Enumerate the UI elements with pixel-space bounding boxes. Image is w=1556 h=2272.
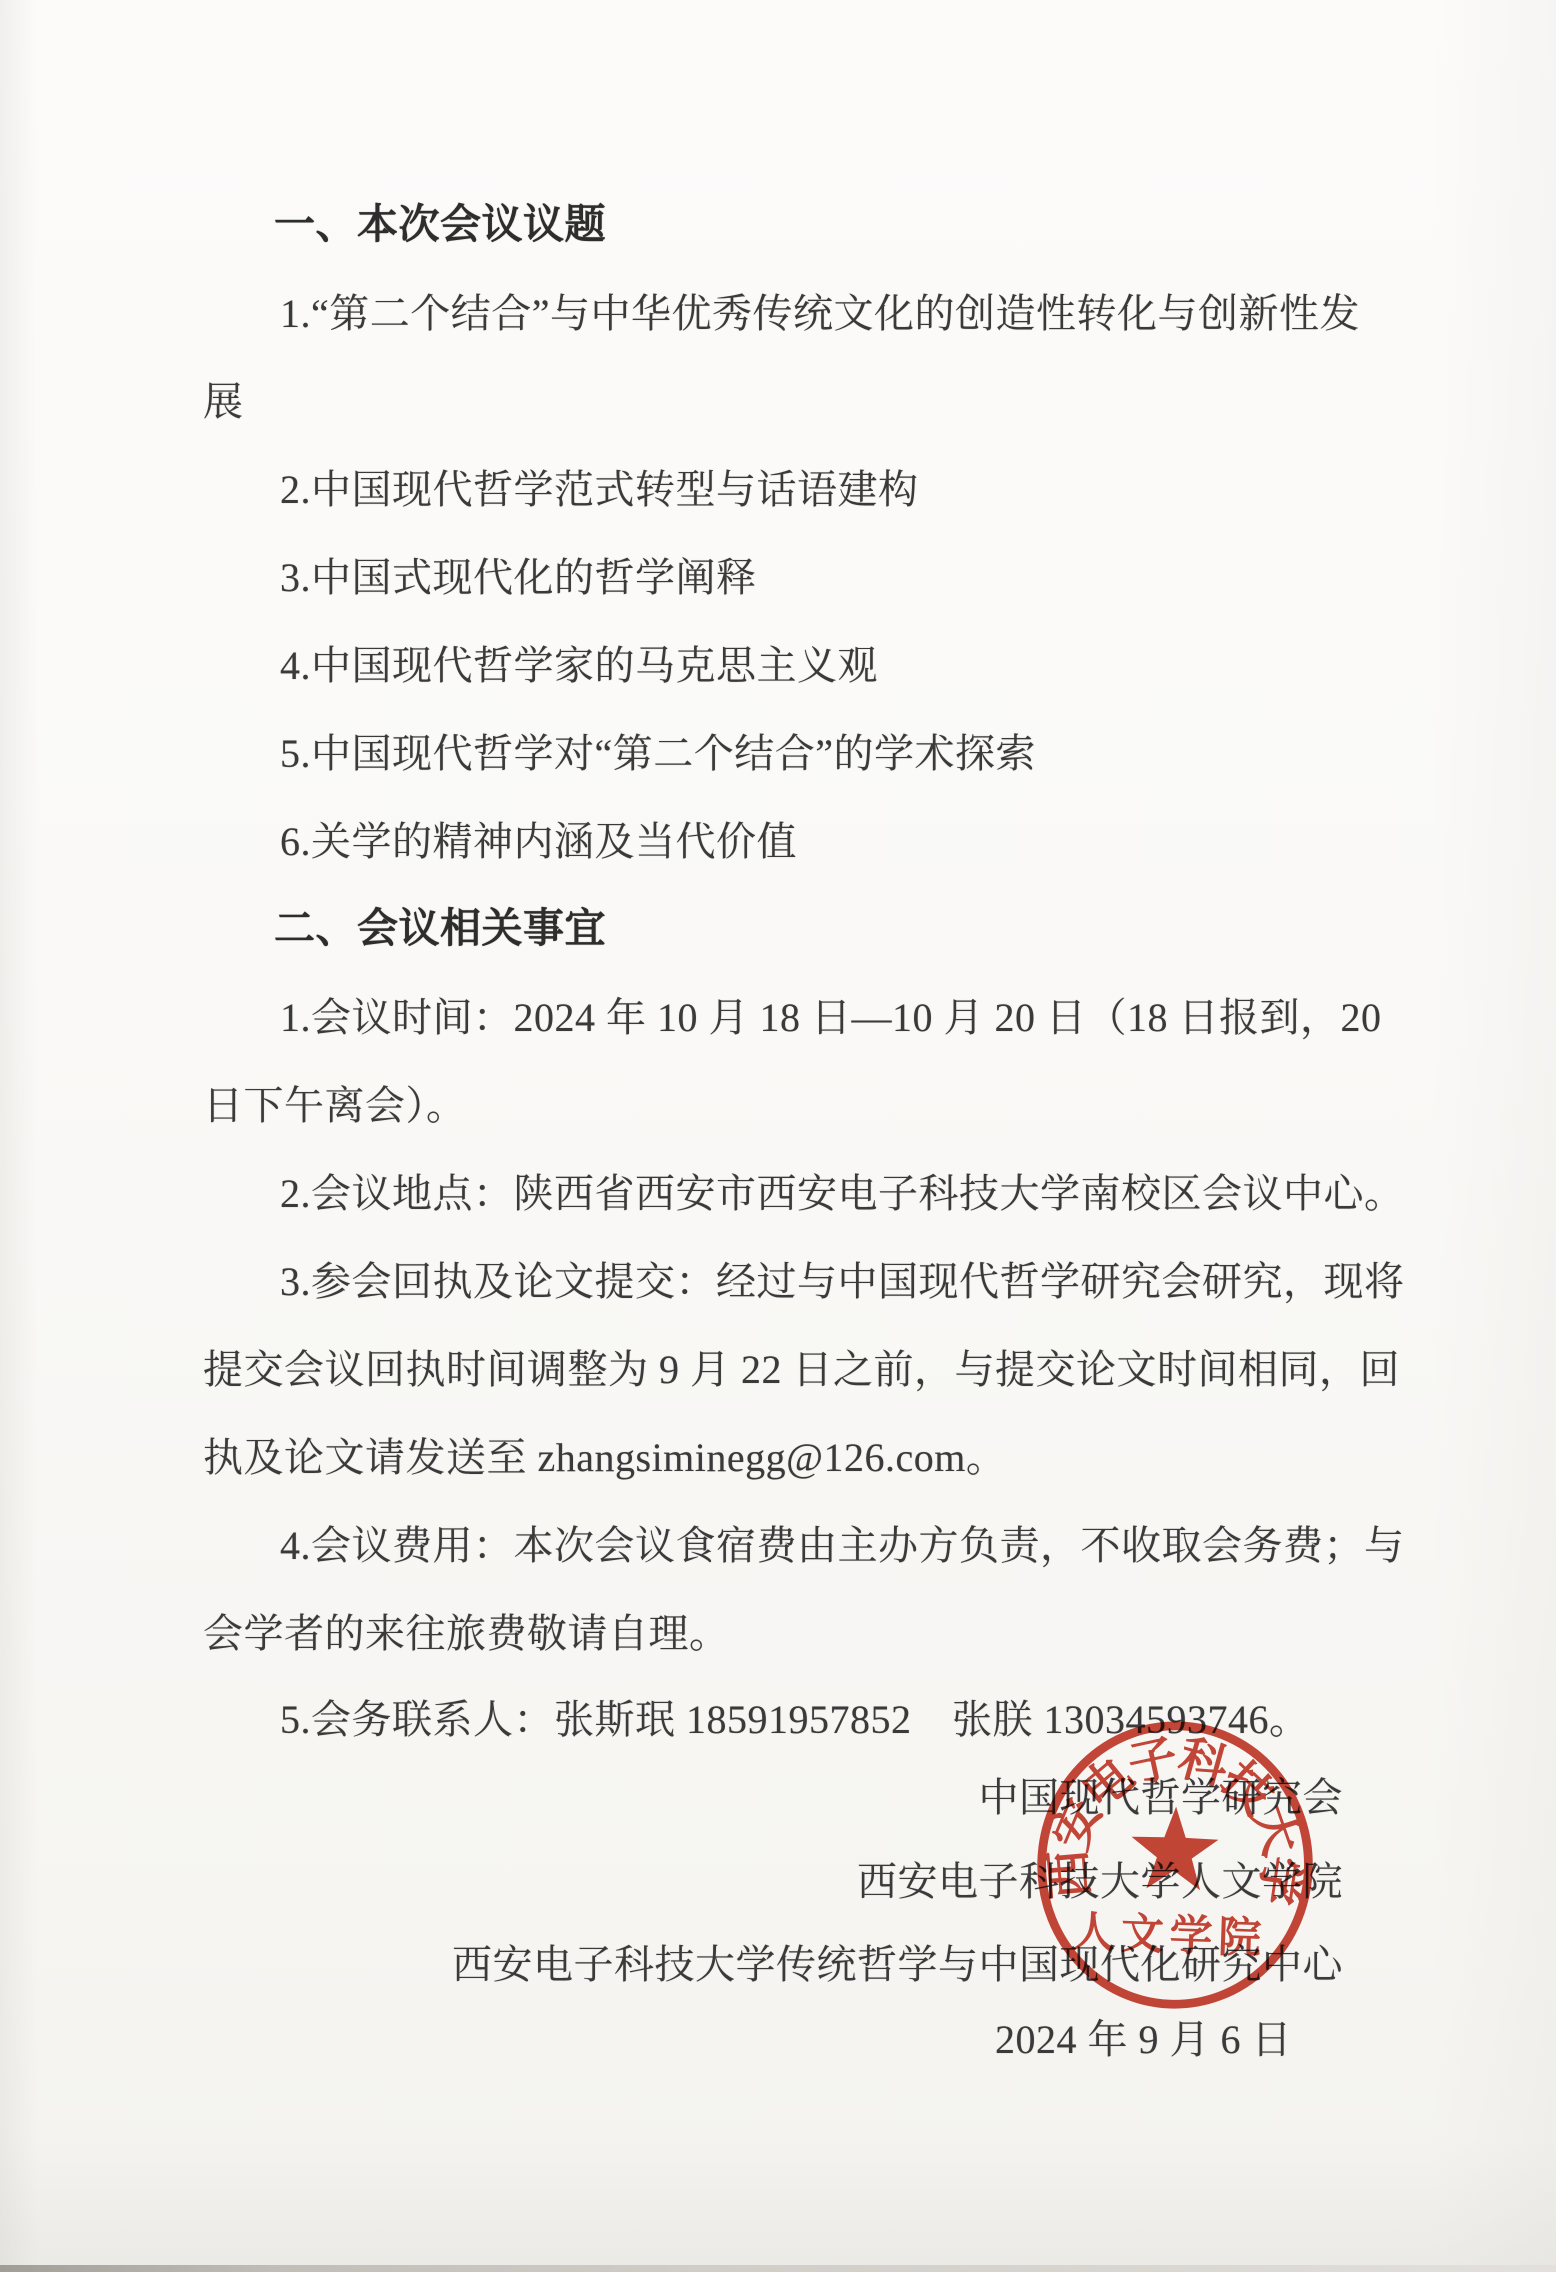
meeting-time-line: 1.会议时间：2024 年 10 月 18 日—10 月 20 日（18 日报到…: [280, 994, 1382, 1042]
date-line: 2024 年 9 月 6 日: [995, 2016, 1292, 2064]
agenda-item-2: 2.中国现代哲学范式转型与话语建构: [280, 466, 919, 514]
document-page: 一、本次会议议题 1.“第二个结合”与中华优秀传统文化的创造性转化与创新性发 展…: [0, 0, 1556, 2272]
red-star-icon: [1130, 1805, 1220, 1891]
scan-bottom-edge: [0, 2265, 1556, 2272]
agenda-item-1-cont: 展: [203, 378, 244, 426]
reply-submission-line: 3.参会回执及论文提交：经过与中国现代哲学研究会研究，现将: [280, 1258, 1405, 1306]
email-line: 执及论文请发送至 zhangsiminegg@126.com。: [203, 1434, 1006, 1482]
agenda-item-3: 3.中国式现代化的哲学阐释: [280, 554, 757, 602]
official-seal-stamp: 西安电子科技大学 人文学院: [1024, 1709, 1326, 2023]
section1-heading: 一、本次会议议题: [274, 200, 606, 248]
fee-line: 4.会议费用：本次会议食宿费由主办方负责，不收取会务费；与: [280, 1522, 1405, 1570]
reply-submission-cont: 提交会议回执时间调整为 9 月 22 日之前，与提交论文时间相同，回: [203, 1346, 1400, 1394]
section2-heading: 二、会议相关事宜: [274, 904, 606, 952]
agenda-item-5: 5.中国现代哲学对“第二个结合”的学术探索: [280, 730, 1036, 778]
fee-cont: 会学者的来往旅费敬请自理。: [203, 1610, 730, 1658]
meeting-place-line: 2.会议地点：陕西省西安市西安电子科技大学南校区会议中心。: [280, 1170, 1405, 1218]
agenda-item-6: 6.关学的精神内涵及当代价值: [280, 818, 797, 866]
meeting-time-cont: 日下午离会）。: [203, 1082, 467, 1130]
seal-inner-text: 人文学院: [1072, 1908, 1268, 1963]
agenda-item-4: 4.中国现代哲学家的马克思主义观: [280, 642, 878, 690]
agenda-item-1: 1.“第二个结合”与中华优秀传统文化的创造性转化与创新性发: [280, 290, 1360, 338]
